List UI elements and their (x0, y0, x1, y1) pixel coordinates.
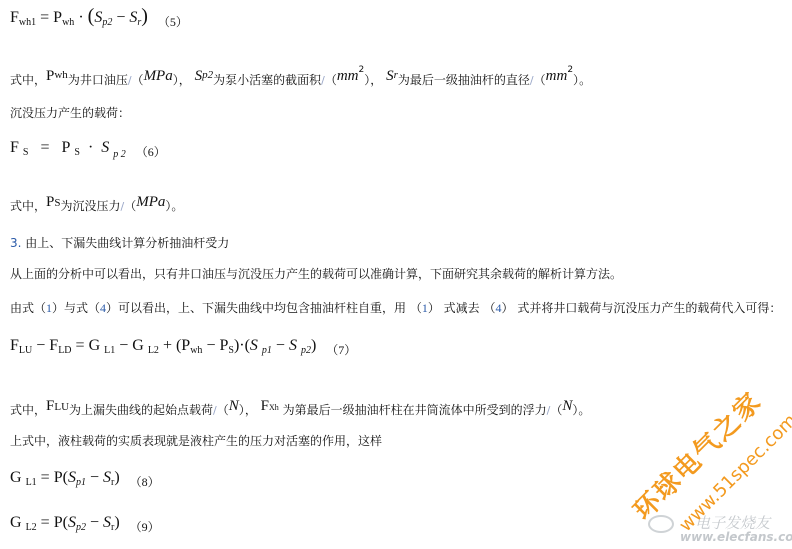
p1-end: 。 (579, 73, 591, 87)
p1-text-1: 为井口油压 (68, 73, 128, 87)
p1-var-sp2-sub: p2 (202, 69, 213, 81)
paragraph-4: 由式（1）与式（4）可以看出，上、下漏失曲线中均包含抽油杆柱自重，用 （1） 式… (10, 300, 781, 316)
eq5-equals: = (40, 9, 49, 26)
eq7-minus-4: − (276, 337, 285, 354)
eq8-s1-sub: p1 (76, 477, 86, 488)
eq7-f1-sub: LU (19, 345, 32, 356)
section-3-number: 3. (10, 236, 21, 250)
p1-unit-mm2: mm (337, 68, 359, 84)
p1-var-sp2: S (195, 68, 203, 84)
eq7-p1-sub: wh (190, 345, 202, 356)
eq8-s1: S (68, 469, 76, 486)
eq5-lhs-sub: wh1 (19, 17, 36, 28)
p5-lparen-2: （ (550, 403, 562, 417)
eq5-dot: · (78, 9, 83, 26)
p2-unit-mpa: MPa (136, 194, 165, 210)
watermark-site-cn: 电子发烧友 (695, 512, 770, 533)
watermark-brand-url: www.51spec.com (675, 410, 792, 536)
equation-6: F S = P S · S p 2 （6） (10, 140, 166, 163)
eq6-equals: = (40, 139, 49, 156)
p1-text-3: 为最后一级抽油杆的直径 (398, 73, 530, 87)
p5-text-2: 为第最后一级抽油杆柱在井筒流体中所受到的浮力 (283, 403, 547, 417)
p2-text-1: 为沉没压力 (60, 199, 120, 213)
eq7-f2: F (49, 337, 58, 354)
p1-text-2: 为泵小活塞的截面积 (213, 73, 321, 87)
p2-prefix: 式中， (10, 199, 46, 213)
p1-lparen-3: （ (534, 73, 546, 87)
p2-lparen: （ (124, 199, 136, 213)
equation-7: FLU − FLD = G L1 − G L2 + (Pwh − PS)·(S … (10, 338, 356, 359)
p5-var-flu-sub: LU (54, 401, 69, 413)
eq8-s2: S (103, 469, 111, 486)
eq7-f1: F (10, 337, 19, 354)
eq5-lhs: F (10, 9, 19, 26)
eq6-s-sub: p 2 (113, 149, 126, 160)
p1-unit-mpa: MPa (144, 68, 173, 84)
eq6-lhs: F (10, 139, 19, 156)
eq8-p: P( (54, 469, 68, 486)
eq9-minus: − (90, 514, 99, 531)
eq7-s2: S (289, 337, 297, 354)
eq6-dot: · (88, 139, 93, 156)
eq7-minus-1: − (36, 337, 45, 354)
heading-sink-load: 沉没压力产生的载荷： (10, 105, 130, 121)
eq8-rparen: ) (114, 469, 119, 486)
p5-var-fxh-sub: Xh (269, 403, 279, 412)
eq7-minus-3: − (206, 337, 215, 354)
eq8-number: （8） (130, 475, 160, 489)
p5-unit-n: N (229, 398, 239, 414)
eq9-lhs-sub: L2 (26, 522, 37, 533)
p4-text-d: ） 式减去 （ (428, 301, 496, 315)
eq9-rparen: ) (114, 514, 119, 531)
eq6-p: P (62, 139, 71, 156)
eq7-f2-sub: LD (58, 345, 71, 356)
eq6-s: S (101, 139, 109, 156)
eq5-minus: − (116, 9, 125, 26)
paragraph-6: 上式中，液柱载荷的实质表现就是液柱产生的压力对活塞的作用，这样 (10, 433, 382, 449)
paragraph-3: 从上面的分析中可以看出，只有井口油压与沉没压力产生的载荷可以准确计算，下面研究其… (10, 266, 622, 282)
p1-prefix: 式中， (10, 73, 46, 87)
eq6-number: （6） (136, 145, 166, 159)
equation-5: Fwh1 = Pwh · (Sp2 − Sr) （5） (10, 8, 188, 31)
p2-end: 。 (171, 199, 183, 213)
eq7-s1: S (250, 337, 258, 354)
eq9-s1: S (68, 514, 76, 531)
p4-text-b: ）与式（ (52, 301, 100, 315)
p5-unit-n-b: N (562, 398, 572, 414)
eq8-equals: = (41, 469, 50, 486)
p1-lparen-2: （ (325, 73, 337, 87)
eq5-p-sub: wh (62, 17, 74, 28)
eq7-plus: + (163, 337, 172, 354)
eq7-g2-sub: L2 (148, 345, 159, 356)
equation-8: G L1 = P(Sp1 − Sr) （8） (10, 470, 160, 491)
eq7-p1: P (181, 337, 190, 354)
eq5-p: P (53, 9, 62, 26)
section-3-title: 由上、下漏失曲线计算分析抽油杆受力 (21, 236, 229, 250)
eq7-s2-sub: p2 (301, 345, 311, 356)
p4-text-a: 由式（ (10, 301, 46, 315)
eq9-equals: = (41, 514, 50, 531)
eq7-number: （7） (326, 343, 356, 357)
eq7-minus-2: − (119, 337, 128, 354)
eq9-s2: S (103, 514, 111, 531)
eq5-number: （5） (158, 15, 188, 29)
eq6-lhs-sub: S (23, 147, 29, 158)
p5-comma: ， (245, 403, 257, 417)
eq8-minus: − (90, 469, 99, 486)
p1-comma-2: ， (370, 73, 382, 87)
p5-prefix: 式中， (10, 403, 46, 417)
p5-lparen-1: （ (217, 403, 229, 417)
eq5-rparen: ) (141, 5, 148, 27)
paragraph-1: 式中，Pwh为井口油压/（MPa）， Sp2为泵小活塞的截面积/（mm2）， S… (10, 62, 591, 89)
p1-unit-mm2-b: mm (546, 68, 568, 84)
paragraph-2: 式中，PS为沉没压力/（MPa）。 (10, 194, 183, 215)
section-3-heading: 3. 由上、下漏失曲线计算分析抽油杆受力 (10, 235, 229, 251)
paragraph-5: 式中，FLU为上漏失曲线的起始点载荷/（N）， FXh 为第最后一级抽油杆柱在井… (10, 398, 590, 419)
equation-9: G L2 = P(Sp2 − Sr) （9） (10, 515, 160, 536)
p1-lparen-1: （ (132, 73, 144, 87)
p4-text-c: ）可以看出，上、下漏失曲线中均包含抽油杆柱自重，用 （ (106, 301, 422, 315)
eq7-g2: G (132, 337, 144, 354)
p1-var-sr: S (386, 68, 394, 84)
p4-text-e: ） 式并将井口载荷与沉没压力产生的载荷代入可得： (502, 301, 782, 315)
eq9-s1-sub: p2 (76, 522, 86, 533)
eq8-lhs-sub: L1 (26, 477, 37, 488)
eq6-p-sub: S (74, 147, 80, 158)
watermark-brand-cn: 环球电气之家 (624, 382, 769, 527)
p5-text-1: 为上漏失曲线的起始点载荷 (69, 403, 213, 417)
eq9-number: （9） (130, 520, 160, 534)
eq5-s1-sub: p2 (102, 17, 112, 28)
eq7-rparen-2: ) (311, 337, 316, 354)
eq7-g1-sub: L1 (104, 345, 115, 356)
p5-var-fxh: F (261, 398, 269, 414)
eq7-equals: = (76, 337, 85, 354)
p1-var-pwh-sub: wh (54, 69, 67, 81)
watermark-site-url: www.elecfans.com (680, 530, 792, 544)
eq8-lhs: G (10, 469, 22, 486)
eq7-g1: G (89, 337, 101, 354)
p1-comma-1: ， (179, 73, 191, 87)
eq9-lhs: G (10, 514, 22, 531)
elecfans-logo-icon (648, 515, 674, 533)
p5-end: 。 (578, 403, 590, 417)
eq7-s1-sub: p1 (262, 345, 272, 356)
eq9-p: P( (54, 514, 68, 531)
